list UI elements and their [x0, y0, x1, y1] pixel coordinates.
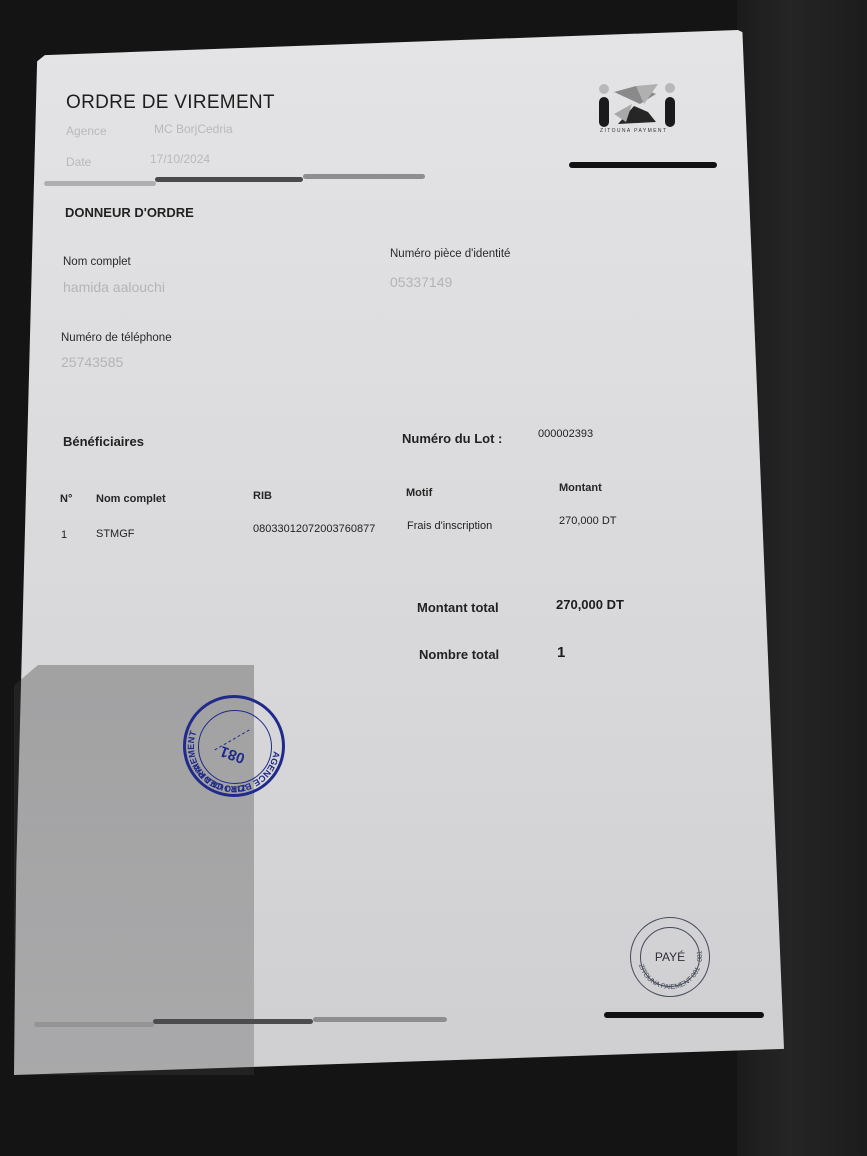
nombre-total-label: Nombre total: [419, 647, 499, 662]
piece-label: Numéro pièce d'identité: [390, 248, 510, 260]
montant-total-value: 270,000 DT: [556, 597, 624, 612]
divider-segment: [155, 177, 303, 182]
col-header-rib: RIB: [253, 490, 272, 502]
beneficiaires-heading: Bénéficiaires: [63, 434, 144, 449]
footer-divider-segment: [153, 1019, 313, 1024]
tel-value: 25743585: [61, 354, 123, 370]
document-content: ORDRE DE VIREMENT Agence MC BorjCedria D…: [0, 0, 867, 1156]
divider-segment: [44, 181, 156, 186]
agence-stamp: AGENCE BORJ CEDRIA ZITOUNA PAIEMENT 081: [183, 695, 285, 797]
agence-label: Agence: [66, 124, 107, 138]
paye-stamp: ZITOUNA PAIEMENT 081 · 081 PAYÉ: [630, 917, 710, 997]
row-motif: Frais d'inscription: [407, 520, 492, 532]
footer-divider-segment: [34, 1022, 154, 1027]
col-header-montant: Montant: [559, 482, 602, 494]
nom-label: Nom complet: [63, 256, 131, 268]
footer-divider-right: [604, 1012, 764, 1018]
logo-caption: ZITOUNA PAYMENT: [600, 128, 667, 134]
document-title: ORDRE DE VIREMENT: [66, 92, 275, 114]
agence-value: MC BorjCedria: [154, 122, 233, 136]
row-montant: 270,000 DT: [559, 515, 616, 527]
lot-value: 000002393: [538, 428, 593, 440]
izi-logo-icon: [596, 82, 680, 132]
col-header-n: N°: [60, 493, 72, 505]
date-value: 17/10/2024: [150, 152, 210, 166]
lot-label: Numéro du Lot :: [402, 431, 502, 446]
tel-label: Numéro de téléphone: [61, 332, 172, 344]
donneur-heading: DONNEUR D'ORDRE: [65, 205, 194, 220]
nom-value: hamida aalouchi: [63, 279, 165, 295]
col-header-motif: Motif: [406, 487, 432, 499]
col-header-nom: Nom complet: [96, 493, 166, 505]
row-nom: STMGF: [96, 528, 135, 540]
header-divider-right: [569, 162, 717, 168]
montant-total-label: Montant total: [417, 600, 499, 615]
row-n: 1: [61, 529, 67, 541]
nombre-total-value: 1: [557, 644, 565, 661]
date-label: Date: [66, 155, 91, 169]
footer-divider-segment: [313, 1017, 447, 1022]
paye-text: PAYÉ: [631, 950, 709, 964]
piece-value: 05337149: [390, 274, 452, 290]
divider-segment: [303, 174, 425, 179]
row-rib: 08033012072003760877: [253, 523, 375, 535]
